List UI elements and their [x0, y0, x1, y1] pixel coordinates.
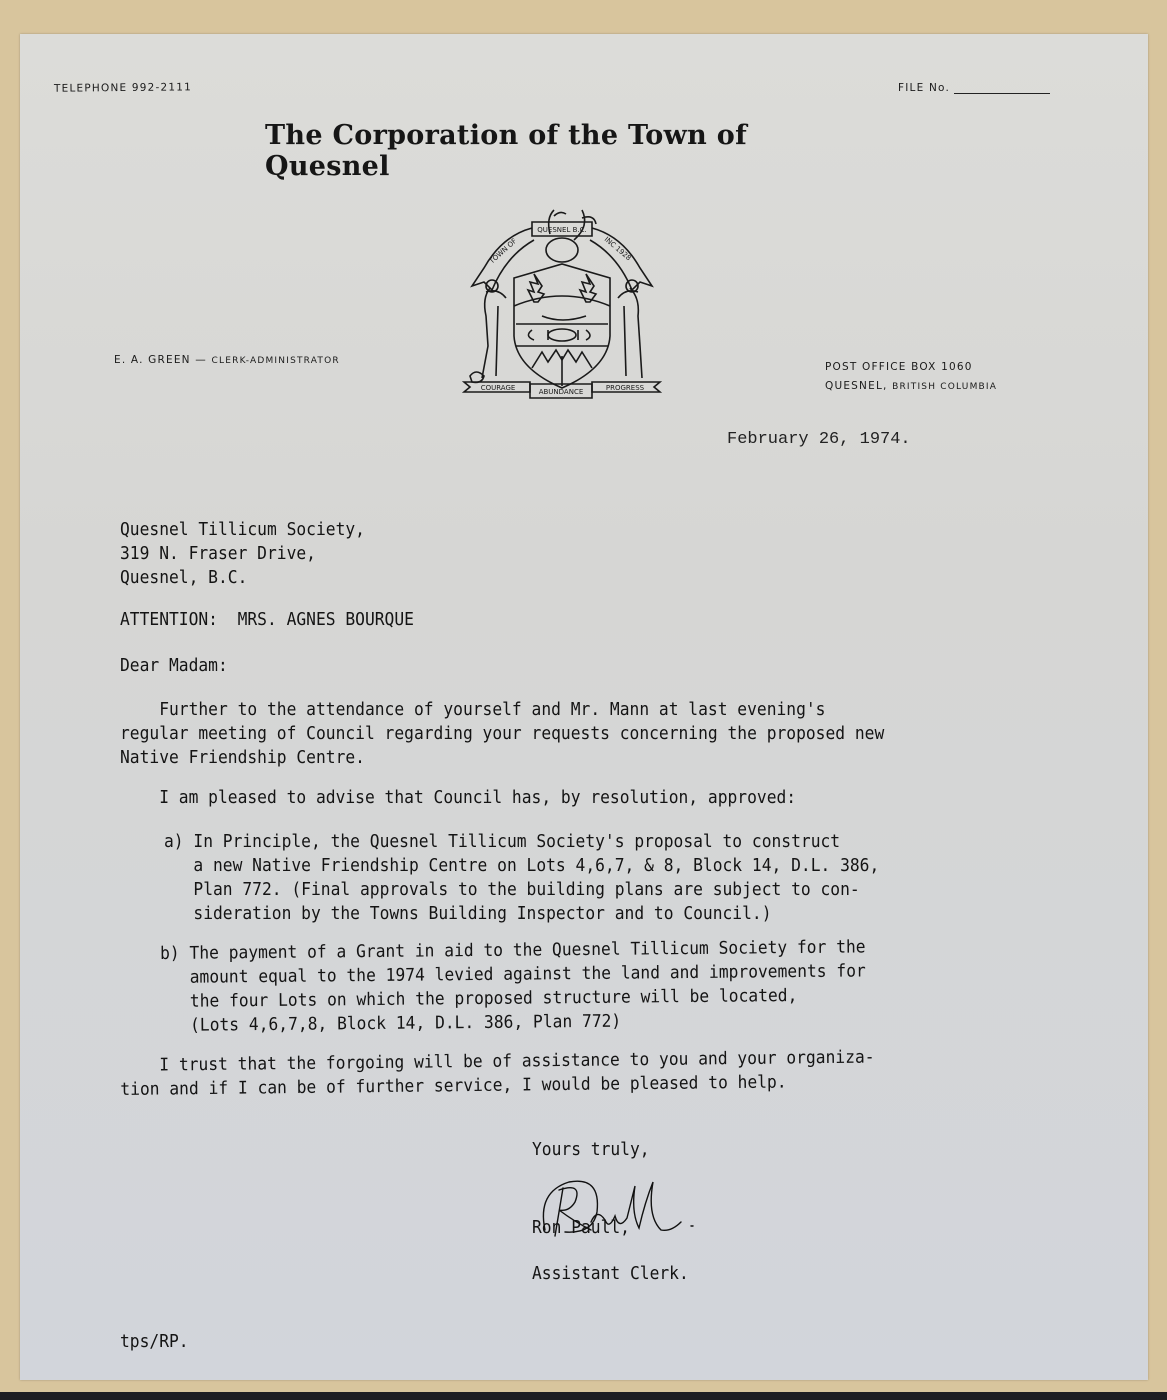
- mailing-address: POST OFFICE BOX 1060 QUESNEL, BRITISH CO…: [825, 358, 997, 397]
- svg-text:QUESNEL B.C.: QUESNEL B.C.: [537, 226, 586, 234]
- salutation: Dear Madam:: [120, 654, 228, 678]
- clerk-administrator-line: E. A. GREEN — CLERK-ADMINISTRATOR: [114, 354, 340, 366]
- resolution-item-a: a) In Principle, the Quesnel Tillicum So…: [164, 830, 879, 926]
- svg-text:INC 1928: INC 1928: [603, 235, 633, 262]
- resolution-item-b: b) The payment of a Grant in aid to the …: [160, 935, 866, 1038]
- signer-title: Assistant Clerk.: [532, 1262, 689, 1286]
- svg-text:COURAGE: COURAGE: [481, 384, 516, 392]
- svg-text:TOWN OF: TOWN OF: [487, 237, 518, 266]
- organization-title: The Corporation of the Town of Quesnel: [265, 120, 865, 182]
- telephone-number: TELEPHONE 992-2111: [54, 81, 192, 94]
- reference-initials: tps/RP.: [120, 1330, 189, 1354]
- recipient-address: Quesnel Tillicum Society, 319 N. Fraser …: [120, 518, 365, 590]
- file-number-blank-line: [954, 83, 1050, 94]
- file-number-field: FILE No.: [898, 82, 1050, 94]
- body-paragraph-1: Further to the attendance of yourself an…: [120, 698, 884, 770]
- post-office-box: POST OFFICE BOX 1060: [825, 358, 997, 377]
- clerk-title: CLERK-ADMINISTRATOR: [212, 356, 340, 366]
- letter-page: TELEPHONE 992-2111 FILE No. The Corporat…: [20, 34, 1148, 1380]
- clerk-name: E. A. GREEN: [114, 354, 191, 366]
- town-crest-icon: QUESNEL B.C. TOWN OF INC 1928 COURAGE AB…: [462, 206, 662, 402]
- attention-line: ATTENTION: MRS. AGNES BOURQUE: [120, 608, 414, 632]
- body-paragraph-3: I trust that the forgoing will be of ass…: [120, 1046, 875, 1102]
- closing: Yours truly,: [532, 1138, 650, 1162]
- desk-surface: [0, 1392, 1167, 1400]
- svg-text:PROGRESS: PROGRESS: [606, 384, 645, 392]
- letter-date: February 26, 1974.: [727, 430, 911, 449]
- body-paragraph-2: I am pleased to advise that Council has,…: [120, 786, 796, 810]
- svg-text:ABUNDANCE: ABUNDANCE: [539, 388, 584, 396]
- file-number-label: FILE No.: [898, 82, 950, 94]
- city-province: QUESNEL, BRITISH COLUMBIA: [825, 377, 997, 397]
- signer-name: Ron Paull,: [532, 1216, 630, 1240]
